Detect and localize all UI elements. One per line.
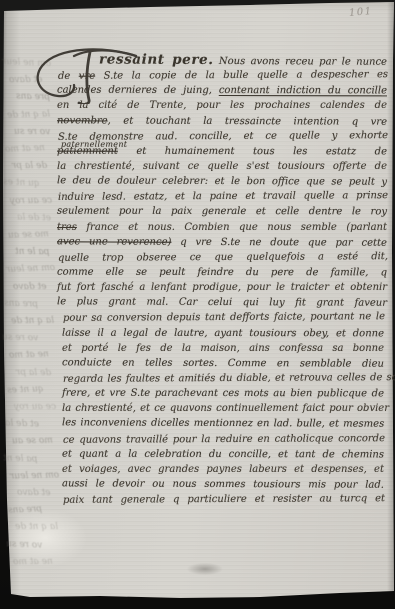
manuscript-segment: de bbox=[58, 71, 79, 82]
manuscript-line: la chrestienté, et ce quavons continuell… bbox=[62, 401, 384, 416]
manuscript-segment: quelle trop obseree ce que quelquefois a… bbox=[58, 251, 388, 264]
manuscript-segment: , et touchant la tressaincte intention q… bbox=[108, 115, 387, 127]
manuscript-segment: Nous avons receu par le nunce bbox=[214, 56, 387, 68]
manuscript-line: comme elle se peult feindre du pere de f… bbox=[57, 265, 387, 281]
manuscript-segment: q vre S.te ne doute que par cette bbox=[171, 236, 387, 248]
manuscript-segment: en la cité de Trente, pour les prochaine… bbox=[57, 100, 387, 111]
bleed-through-mark: de la pr bbox=[16, 367, 51, 377]
manuscript-segment: fut fort fasché a lenfant prodigue, pour… bbox=[57, 282, 387, 293]
manuscript-line: seulement pour la paix generale et celle… bbox=[57, 204, 387, 220]
manuscript-segment: et porté le fes de la maison, ains confe… bbox=[62, 343, 384, 354]
bleed-through-mark: vo re su bbox=[14, 127, 50, 138]
manuscript-segment: les inconveniens dicelles mentionnez en … bbox=[62, 418, 384, 430]
manuscript-segment: et humainement tous les estatz de bbox=[118, 146, 387, 158]
manuscript-segment: seulement pour la paix generale et celle… bbox=[57, 206, 387, 218]
bleed-through-mark: et de la bbox=[5, 418, 39, 429]
manuscript-line: calendes dernieres de juing, contenant i… bbox=[57, 83, 387, 99]
bleed-through-mark: et de la bbox=[17, 212, 51, 223]
manuscript-segment: avec une reverence) bbox=[57, 236, 171, 247]
manuscript-line: pour sa conversion depuis tant defforts … bbox=[63, 310, 385, 327]
manuscript-segment: tres bbox=[57, 222, 77, 233]
manuscript-line: en la cité de Trente, pour les prochaine… bbox=[57, 98, 387, 113]
manuscript-line: de vre S.te la copie de la bulle quelle … bbox=[58, 67, 388, 84]
bleed-through-mark: et davo bbox=[17, 488, 51, 498]
bleed-through-mark: et davo bbox=[13, 282, 46, 292]
bleed-through-mark: pre ans bbox=[4, 298, 38, 309]
manuscript-segment: regarda les faultes et amitiés du diable… bbox=[63, 372, 395, 385]
bleed-through-mark: pa le nt bbox=[15, 247, 50, 257]
manuscript-segment: la chrestienté, et ce quavons continuell… bbox=[62, 403, 389, 414]
manuscript-line: frere, et vre S.te parachevant ces mots … bbox=[62, 386, 384, 402]
manuscript-line: les inconveniens dicelles mentionnez en … bbox=[62, 416, 384, 433]
manuscript-scan: om ne leuret davopre ansla q nt devo re … bbox=[0, 0, 395, 609]
bleed-through-mark: pa le nt bbox=[3, 453, 38, 464]
manuscript-line: et voiages, avec grandes paynes labeurs … bbox=[62, 462, 384, 477]
bleed-through-mark: qu nt es bbox=[7, 384, 44, 396]
manuscript-segment: le deu de douleur celebrer: et le bon of… bbox=[57, 175, 387, 187]
manuscript-line: quelle trop obseree ce que quelquefois a… bbox=[58, 249, 388, 266]
manuscript-line: avec une reverence) q vre S.te ne doute … bbox=[57, 234, 387, 251]
manuscript-segment: ce quavons travaillé pour la reduire en … bbox=[63, 433, 385, 446]
bleed-through-mark: qu nt es bbox=[3, 178, 40, 190]
bleed-through-mark: ne at mo bbox=[5, 143, 45, 155]
manuscript-segment: vre bbox=[79, 71, 95, 82]
manuscript-segment: conduicte en telles sortes. Comme en sem… bbox=[62, 357, 384, 369]
manuscript-line: laisse il a legal de lautre, ayant tousi… bbox=[62, 325, 384, 341]
manuscript-segment: frere, et vre S.te parachevant ces mots … bbox=[62, 388, 384, 400]
manuscript-line: induire lesd. estatz, et la paine et tra… bbox=[58, 188, 388, 205]
bleed-through-mark: mo se au bbox=[8, 229, 49, 240]
manuscript-segment: novembre bbox=[57, 115, 108, 126]
manuscript-segment: aussi le devoir ou nous sommes tousiours… bbox=[62, 478, 384, 490]
manuscript-line: regarda les faultes et amitiés du diable… bbox=[63, 370, 385, 387]
bleed-through-mark: la q nt de bbox=[7, 109, 50, 120]
manuscript-segment: et quant a la celebration du concille, e… bbox=[62, 448, 384, 460]
bleed-through-mark: ce au roy bbox=[10, 195, 52, 206]
manuscript-segment: ressaint pere. bbox=[99, 51, 214, 67]
manuscript-line: conduicte en telles sortes. Comme en sem… bbox=[62, 355, 384, 372]
manuscript-line: ressaint pere. Nous avons receu par le n… bbox=[57, 52, 387, 69]
folio-number: 101 bbox=[349, 6, 373, 19]
manuscript-line: novembre, et touchant la tressaincte int… bbox=[57, 113, 387, 130]
manuscript-segment: pour sa conversion depuis tant defforts … bbox=[63, 312, 385, 325]
manuscript-segment: paix tant generale q particuliere et res… bbox=[63, 493, 385, 506]
manuscript-segment: contenant indiction du concille bbox=[219, 85, 387, 96]
bleed-through-mark: om ne leur bbox=[10, 470, 59, 481]
manuscript-text: ressaint pere. Nous avons receu par le n… bbox=[57, 53, 387, 507]
bleed-through-mark: la q nt de bbox=[11, 316, 54, 327]
manuscript-line: fut fort fasché a lenfant prodigue, pour… bbox=[57, 280, 387, 295]
manuscript-line: paix tant generale q particuliere et res… bbox=[63, 491, 385, 508]
manuscript-line: paternellementpatiemment et humainement … bbox=[57, 143, 387, 159]
bleed-through-mark: mo se au bbox=[12, 436, 53, 447]
manuscript-line: aussi le devoir ou nous sommes tousiours… bbox=[62, 476, 384, 493]
manuscript-segment: la chrestienté, suivant ce quelle s'est … bbox=[57, 161, 387, 172]
bleed-through-mark: vo re su bbox=[2, 333, 39, 344]
manuscript-segment: induire lesd. estatz, et la paine et tra… bbox=[58, 190, 388, 203]
manuscript-line: et porté le fes de la maison, ains confe… bbox=[62, 341, 384, 356]
manuscript-segment: comme elle se peult feindre du pere de f… bbox=[57, 267, 387, 279]
bleed-through-mark: la q nt de bbox=[15, 522, 58, 532]
manuscript-segment: calendes dernieres de juing, bbox=[57, 85, 219, 96]
bleed-through-mark: ne at mo bbox=[13, 557, 53, 568]
manuscript-segment: et voiages, avec grandes paynes labeurs … bbox=[62, 464, 384, 475]
manuscript-segment: S.te la copie de la bulle quelle a despe… bbox=[95, 69, 388, 82]
bleed-through-mark: vo re su bbox=[6, 539, 43, 551]
manuscript-line: et quant a la celebration du concille, e… bbox=[62, 446, 384, 462]
manuscript-line: la chrestienté, suivant ce quelle s'est … bbox=[57, 159, 387, 174]
manuscript-segment: le plus grant mal. Car celui qui luy fit… bbox=[57, 297, 387, 309]
manuscript-segment: laisse il a legal de lautre, ayant tousi… bbox=[62, 327, 384, 339]
manuscript-line: tres france et nous. Combien que nous se… bbox=[57, 220, 387, 235]
bleed-through-mark: de la pr bbox=[12, 161, 47, 171]
bleed-through-mark: ne at mo bbox=[9, 350, 49, 361]
bleed-through-mark: pre ans bbox=[8, 504, 42, 515]
bleed-through-mark: ce au roy bbox=[14, 402, 56, 412]
manuscript-segment: france et nous. Combien que nous semble … bbox=[77, 222, 387, 233]
manuscript-line: ce quavons travaillé pour la reduire en … bbox=[63, 431, 385, 448]
manuscript-segment: paternellement bbox=[61, 137, 127, 152]
